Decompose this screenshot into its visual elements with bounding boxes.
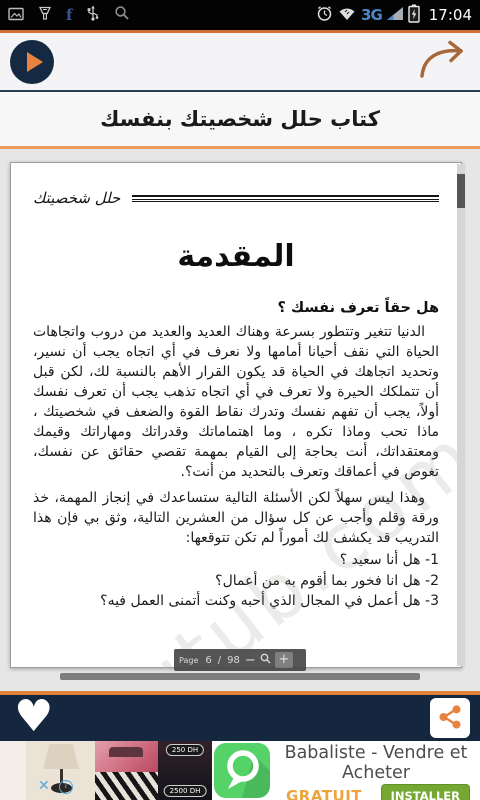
zoom-out-button[interactable]: −	[243, 653, 258, 668]
play-icon	[27, 52, 43, 72]
lamp-shade	[43, 744, 79, 769]
list-item: 2- هل انا فخور بما أقوم به من أعمال؟	[33, 571, 439, 592]
page-label: Page	[179, 656, 198, 665]
zoom-in-button[interactable]: +	[275, 652, 293, 668]
battery-icon	[408, 4, 420, 27]
ad-product-collage: 250 DH 2500 DH ✕ i	[0, 741, 212, 800]
chapter-ornament: المقدمة	[33, 239, 439, 274]
page-header: حلل شخصيتك	[33, 189, 439, 207]
gallery-icon	[8, 6, 24, 25]
ad-banner[interactable]: 250 DH 2500 DH ✕ i Babaliste - Vendre et…	[0, 741, 480, 800]
bottom-bar: ♥	[0, 695, 480, 741]
alarm-clock-icon	[316, 5, 333, 26]
toolbar	[0, 30, 480, 92]
current-page-number: 6	[205, 655, 211, 666]
price-tag: 250 DH	[166, 744, 204, 756]
body-paragraph: الدنيا تتغير وتتطور بسرعة وهناك العديد و…	[33, 322, 439, 482]
ad-free-label: GRATUIT	[286, 787, 362, 800]
body-paragraph: وهذا ليس سهلاً لكن الأسئلة التالية ستساع…	[33, 488, 439, 548]
favorite-heart-button[interactable]: ♥	[14, 695, 53, 739]
ad-image-car	[95, 741, 158, 772]
ad-text-block: Babaliste - Vendre et Acheter GRATUIT IN…	[272, 741, 480, 800]
ad-image-striped-item	[95, 772, 158, 800]
ad-app-icon	[214, 743, 270, 798]
reader-content: حلل شخصيتك المقدمة هل حقاً تعرف نفسك ؟ ا…	[0, 149, 480, 691]
page-title: كتاب حلل شخصيتك بنفسك	[100, 107, 380, 131]
clock-time: 17:04	[429, 6, 472, 24]
screen: f 3G 17:04	[0, 0, 480, 800]
page-separator: /	[218, 655, 221, 666]
usb-icon	[85, 5, 101, 25]
network-type-label: 3G	[361, 6, 382, 24]
magnifier-icon[interactable]	[258, 653, 273, 668]
ad-close-icon[interactable]: ✕	[38, 778, 50, 794]
vertical-scrollbar[interactable]	[457, 164, 465, 666]
signal-strength-icon	[387, 6, 403, 25]
facebook-icon: f	[66, 6, 72, 24]
play-button[interactable]	[10, 40, 54, 84]
ad-title-line1: Babaliste - Vendre et	[285, 743, 468, 763]
ad-install-button[interactable]: INSTALLER	[381, 784, 470, 800]
car-windshield	[109, 747, 143, 757]
question-list: 1- هل أنا سعيد ؟ 2- هل انا فخور بما أقوم…	[33, 550, 439, 612]
title-bar: كتاب حلل شخصيتك بنفسك	[0, 92, 480, 149]
ad-info-icon[interactable]: i	[59, 780, 73, 794]
wifi-icon	[338, 6, 356, 25]
horizontal-scrollbar[interactable]	[60, 673, 420, 680]
forward-arrow-button[interactable]	[416, 39, 470, 85]
status-bar: f 3G 17:04	[0, 0, 480, 30]
ad-title: Babaliste - Vendre et Acheter	[272, 743, 480, 783]
status-icons-left: f	[8, 5, 130, 25]
pdf-page[interactable]: حلل شخصيتك المقدمة هل حقاً تعرف نفسك ؟ ا…	[10, 162, 462, 668]
search-icon	[114, 5, 130, 25]
list-item: 1- هل أنا سعيد ؟	[33, 550, 439, 571]
ad-action-row: GRATUIT INSTALLER	[272, 784, 480, 800]
header-rule	[132, 195, 439, 202]
total-page-number: 98	[227, 655, 240, 666]
flashlight-icon	[37, 6, 53, 25]
vertical-scrollbar-thumb[interactable]	[457, 174, 465, 208]
list-item: 3- هل أعمل في المجال الذي أحبه وكنت أتمن…	[33, 591, 439, 612]
price-tag: 2500 DH	[164, 785, 207, 797]
page-controls: Page 6 / 98 − +	[174, 649, 306, 671]
page-header-title: حلل شخصيتك	[33, 189, 120, 207]
ad-image-bags: 250 DH 2500 DH	[158, 741, 212, 800]
status-icons-right: 3G 17:04	[316, 4, 472, 27]
share-button[interactable]	[430, 698, 470, 738]
ad-title-line2: Acheter	[342, 763, 410, 783]
share-icon	[437, 704, 463, 733]
section-heading: هل حقاً تعرف نفسك ؟	[33, 300, 439, 316]
